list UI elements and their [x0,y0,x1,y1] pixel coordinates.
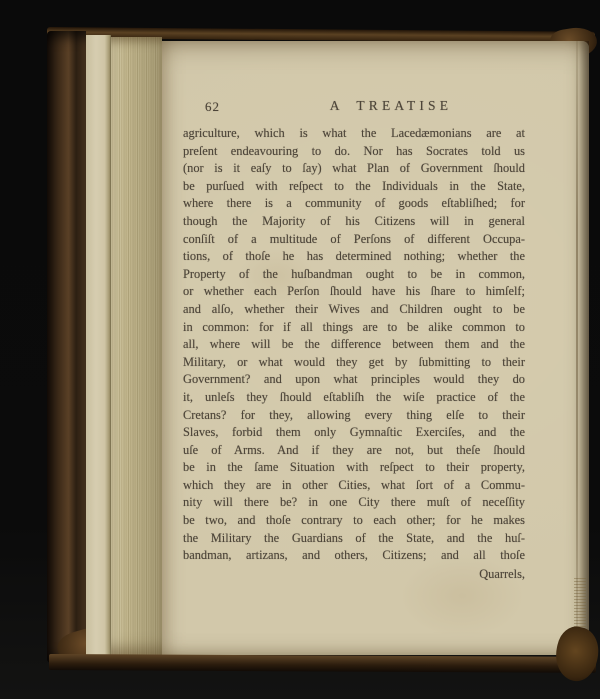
text-line: which they are in other Cities, what ſor… [183,477,525,495]
catchword: Quarrels, [183,566,525,584]
flyleaf-edge [86,35,111,658]
text-line: be in the ſame Situation with reſpect to… [183,459,525,477]
text-line: the Military the Guardians of the State,… [183,530,525,548]
text-line: Government? and upon what principles wou… [183,371,525,389]
page-body: agriculture, which is what the Lacedæmon… [183,125,525,565]
text-line: in common: for if all things are to be a… [183,319,525,337]
text-line: and alſo, whether their Wives and Childr… [183,301,525,319]
text-line: though the Majority of his Citizens will… [183,213,525,231]
printed-text-block: 62 A TREATISE agriculture, which is what… [183,98,525,583]
text-line: uſe of Arms. And if they are not, but th… [183,442,525,460]
book-page: 62 A TREATISE agriculture, which is what… [162,41,589,655]
text-line: or whether each Perſon ſhould have his ſ… [183,283,525,301]
text-line: agriculture, which is what the Lacedæmon… [183,125,525,143]
text-line: all, where will be the difference betwee… [183,336,525,354]
text-line: tions, of thoſe he has determined nothin… [183,248,525,266]
text-line: nity will there be? in one City there mu… [183,494,525,512]
text-line: it, unleſs they ſhould eſtabliſh the wiſ… [183,389,525,407]
text-line: Military, or what would they get by ſubm… [183,354,525,372]
text-line: Slaves, forbid them only Gymnaſtic Exerc… [183,424,525,442]
text-line: preſent endeavouring to do. Nor has Socr… [183,143,525,161]
text-line: (nor is it eaſy to ſay) what Plan of Gov… [183,160,525,178]
text-line: Cretans? for they, allowing every thing … [183,407,525,425]
text-line: conſiſt of a multitude of Perſons of dif… [183,231,525,249]
text-line: Property of the huſbandman ought to be i… [183,266,525,284]
book-bottom-edge [49,654,596,673]
running-title: A TREATISE [220,98,562,114]
text-line: be purſued with reſpect to the Individua… [183,178,525,196]
page-number: 62 [205,99,220,115]
book: 62 A TREATISE agriculture, which is what… [0,0,600,699]
photo-background: { "document": { "page_number": "62", "ru… [0,0,600,699]
page-header: 62 A TREATISE [183,98,525,116]
text-line: where there is a community of goods eſta… [183,195,525,213]
book-spine [47,31,86,663]
text-line: be two, and thoſe contrary to each other… [183,512,525,530]
text-line: bandman, artizans, and others, Citizens;… [183,547,525,565]
page-edges-fan [111,37,162,656]
